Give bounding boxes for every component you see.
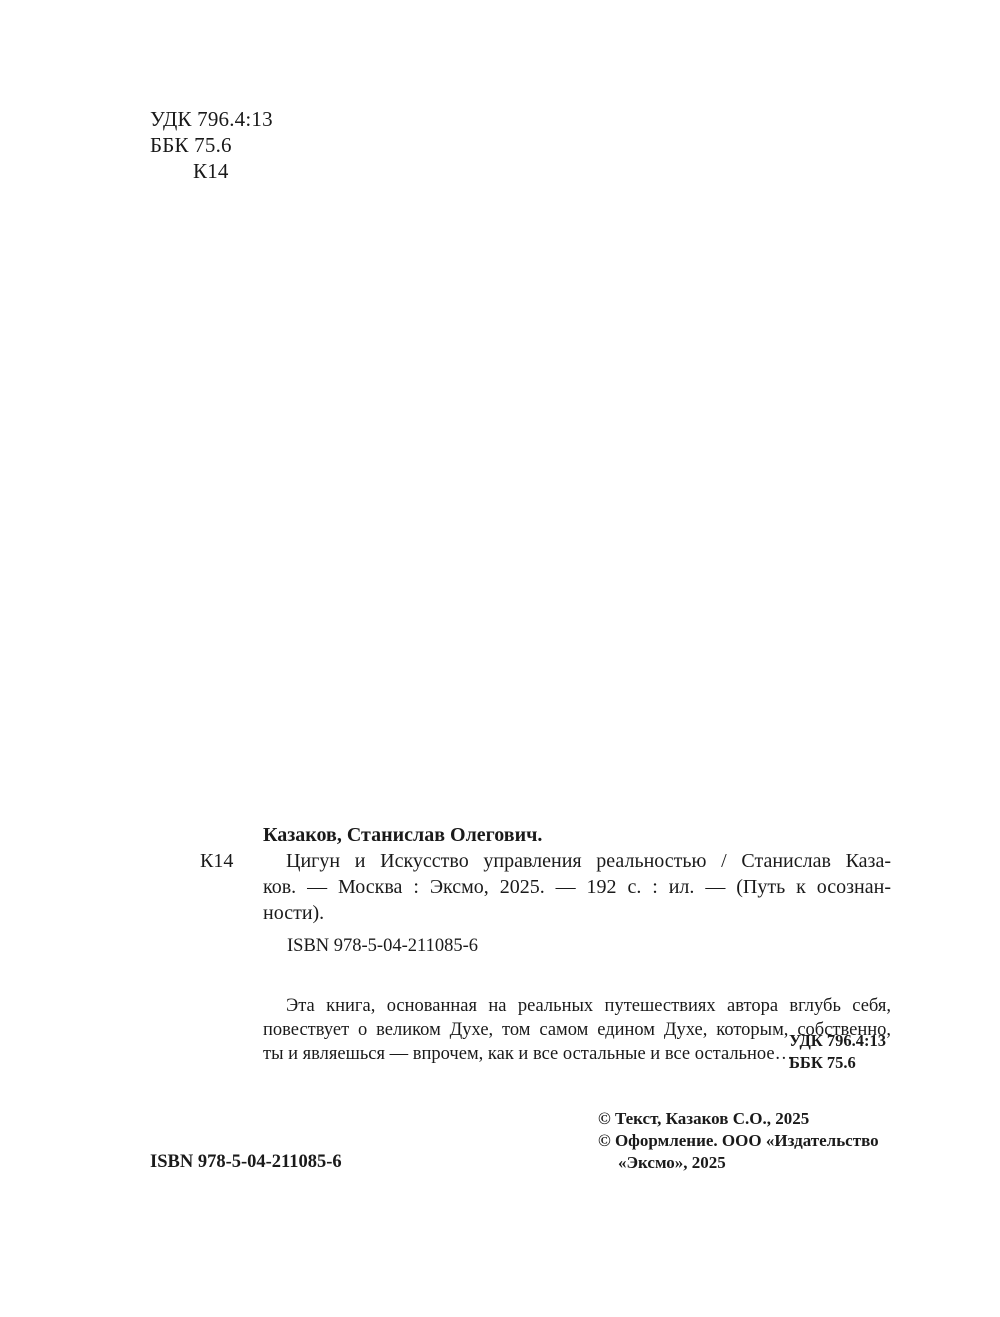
- description-line: ности).: [263, 900, 891, 926]
- copyright-design-continued: «Эксмо», 2025: [598, 1152, 879, 1174]
- bbk-code: ББК 75.6: [150, 132, 273, 158]
- card-author-mark: К14: [200, 848, 233, 874]
- udk-code: УДК 796.4:13: [150, 106, 273, 132]
- card-isbn: ISBN 978-5-04-211085-6: [287, 934, 478, 958]
- card-classification-codes: УДК 796.4:13 ББК 75.6: [789, 1030, 886, 1074]
- author-mark: К14: [150, 158, 273, 184]
- card-author: Казаков, Станислав Олегович.: [263, 822, 542, 848]
- annotation-line: Эта книга, основанная на реальных путеше…: [263, 994, 891, 1018]
- bibliographic-description: Цигун и Искусство управления реальностью…: [263, 848, 891, 926]
- footer-isbn: ISBN 978-5-04-211085-6: [150, 1150, 342, 1174]
- description-line: Цигун и Искусство управления реальностью…: [263, 848, 891, 874]
- copyright-text: © Текст, Казаков С.О., 2025: [598, 1108, 879, 1130]
- card-bbk-code: ББК 75.6: [789, 1052, 886, 1074]
- copyright-page: УДК 796.4:13 ББК 75.6 К14 Казаков, Стани…: [0, 0, 1000, 1317]
- card-udk-code: УДК 796.4:13: [789, 1030, 886, 1052]
- description-line: ков. — Москва : Эксмо, 2025. — 192 с. : …: [263, 874, 891, 900]
- copyright-design: © Оформление. ООО «Издательство: [598, 1130, 879, 1152]
- classification-codes-header: УДК 796.4:13 ББК 75.6 К14: [150, 106, 273, 184]
- copyright-notices: © Текст, Казаков С.О., 2025 © Оформление…: [598, 1108, 879, 1174]
